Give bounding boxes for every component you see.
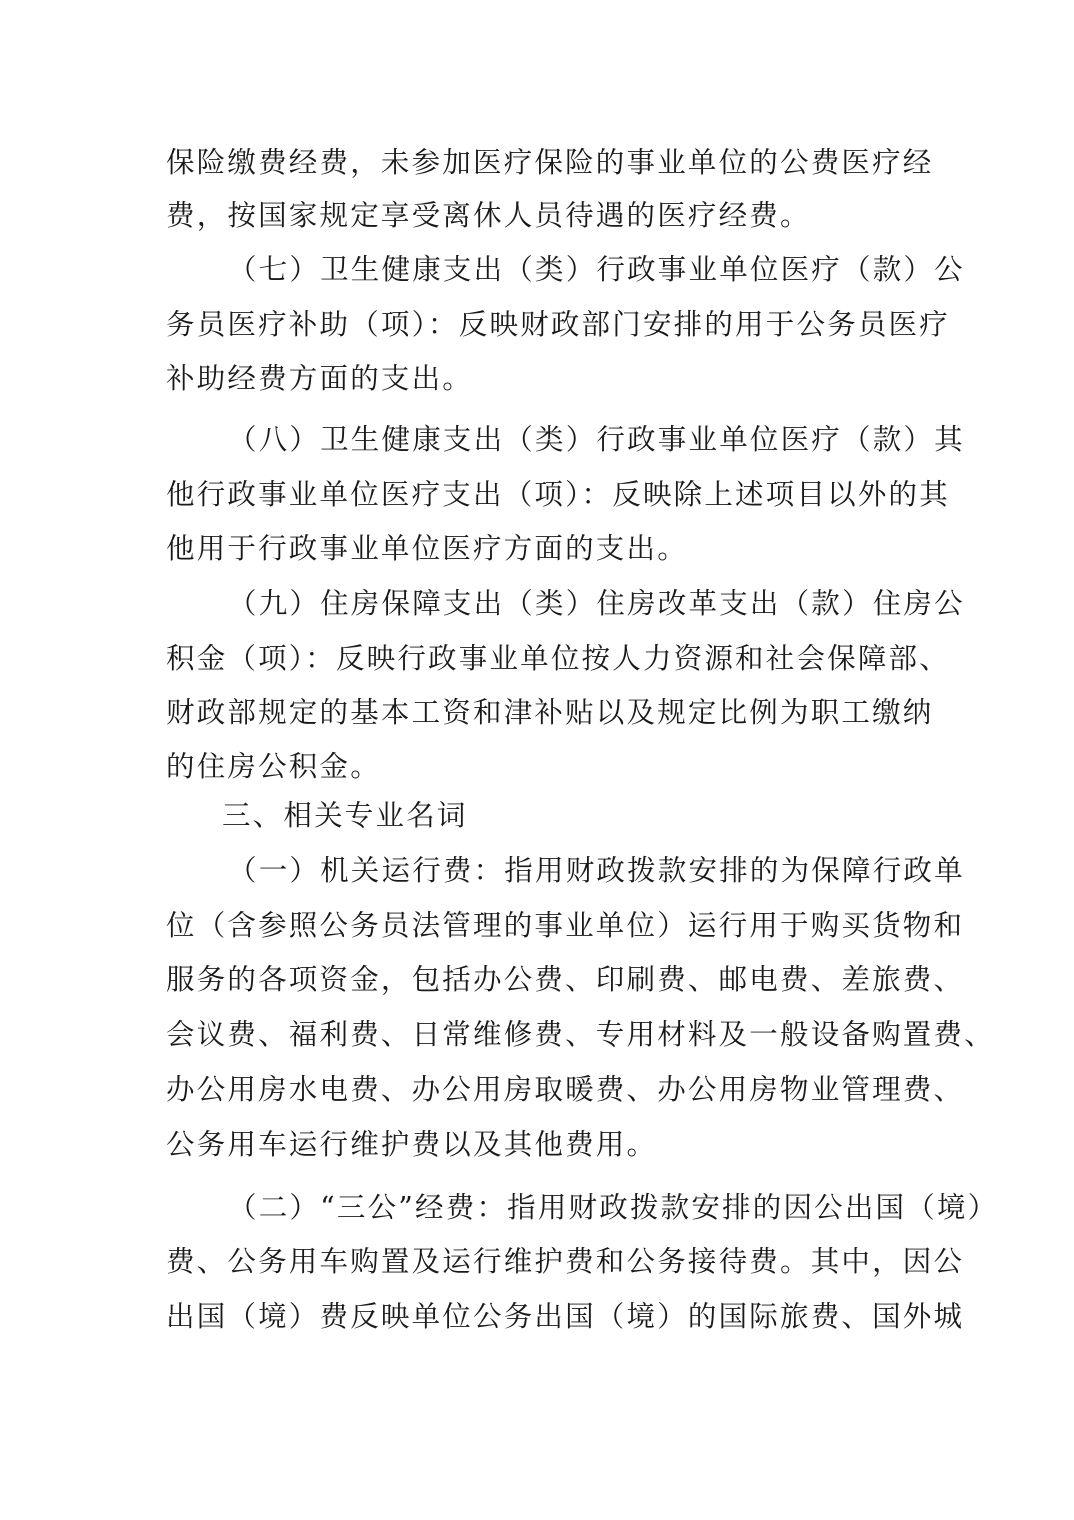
paragraph-line: 他行政事业单位医疗支出（项）：反映除上述项目以外的其 bbox=[166, 475, 926, 515]
paragraph-line: 他用于行政事业单位医疗方面的支出。 bbox=[166, 529, 926, 569]
term-2-title-line: （二）“三公”经费：指用财政拨款安排的因公出国（境） bbox=[228, 1188, 988, 1228]
paragraph-line: 办公用房水电费、办公用房取暖费、办公用房物业管理费、 bbox=[166, 1070, 926, 1110]
paragraph-line: 保险缴费经费，未参加医疗保险的事业单位的公费医疗经 bbox=[166, 143, 926, 183]
section-8-title-line: （八）卫生健康支出（类）行政事业单位医疗（款）其 bbox=[228, 420, 988, 460]
document-page: 保险缴费经费，未参加医疗保险的事业单位的公费医疗经 费，按国家规定享受离休人员待… bbox=[0, 0, 1074, 1520]
paragraph-line: 公务用车运行维护费以及其他费用。 bbox=[166, 1125, 926, 1165]
section-heading: 三、相关专业名词 bbox=[222, 796, 982, 836]
paragraph-line: 积金（项）：反映行政事业单位按人力资源和社会保障部、 bbox=[166, 639, 926, 679]
paragraph-line: 财政部规定的基本工资和津补贴以及规定比例为职工缴纳 bbox=[166, 693, 926, 733]
section-7-title-line: （七）卫生健康支出（类）行政事业单位医疗（款）公 bbox=[228, 250, 988, 290]
paragraph-line: 位（含参照公务员法管理的事业单位）运行用于购买货物和 bbox=[166, 906, 926, 946]
paragraph-line: 务员医疗补助（项）：反映财政部门安排的用于公务员医疗 bbox=[166, 305, 926, 345]
paragraph-line: 的住房公积金。 bbox=[166, 747, 926, 787]
paragraph-line: 费、公务用车购置及运行维护费和公务接待费。其中，因公 bbox=[166, 1242, 926, 1282]
paragraph-line: 费，按国家规定享受离休人员待遇的医疗经费。 bbox=[166, 196, 926, 236]
paragraph-line: 会议费、福利费、日常维修费、专用材料及一般设备购置费、 bbox=[166, 1015, 926, 1055]
section-9-title-line: （九）住房保障支出（类）住房改革支出（款）住房公 bbox=[228, 584, 988, 624]
term-1-title-line: （一）机关运行费：指用财政拨款安排的为保障行政单 bbox=[228, 851, 988, 891]
paragraph-line: 服务的各项资金，包括办公费、印刷费、邮电费、差旅费、 bbox=[166, 960, 926, 1000]
paragraph-line: 出国（境）费反映单位公务出国（境）的国际旅费、国外城 bbox=[166, 1297, 926, 1337]
paragraph-line: 补助经费方面的支出。 bbox=[166, 359, 926, 399]
